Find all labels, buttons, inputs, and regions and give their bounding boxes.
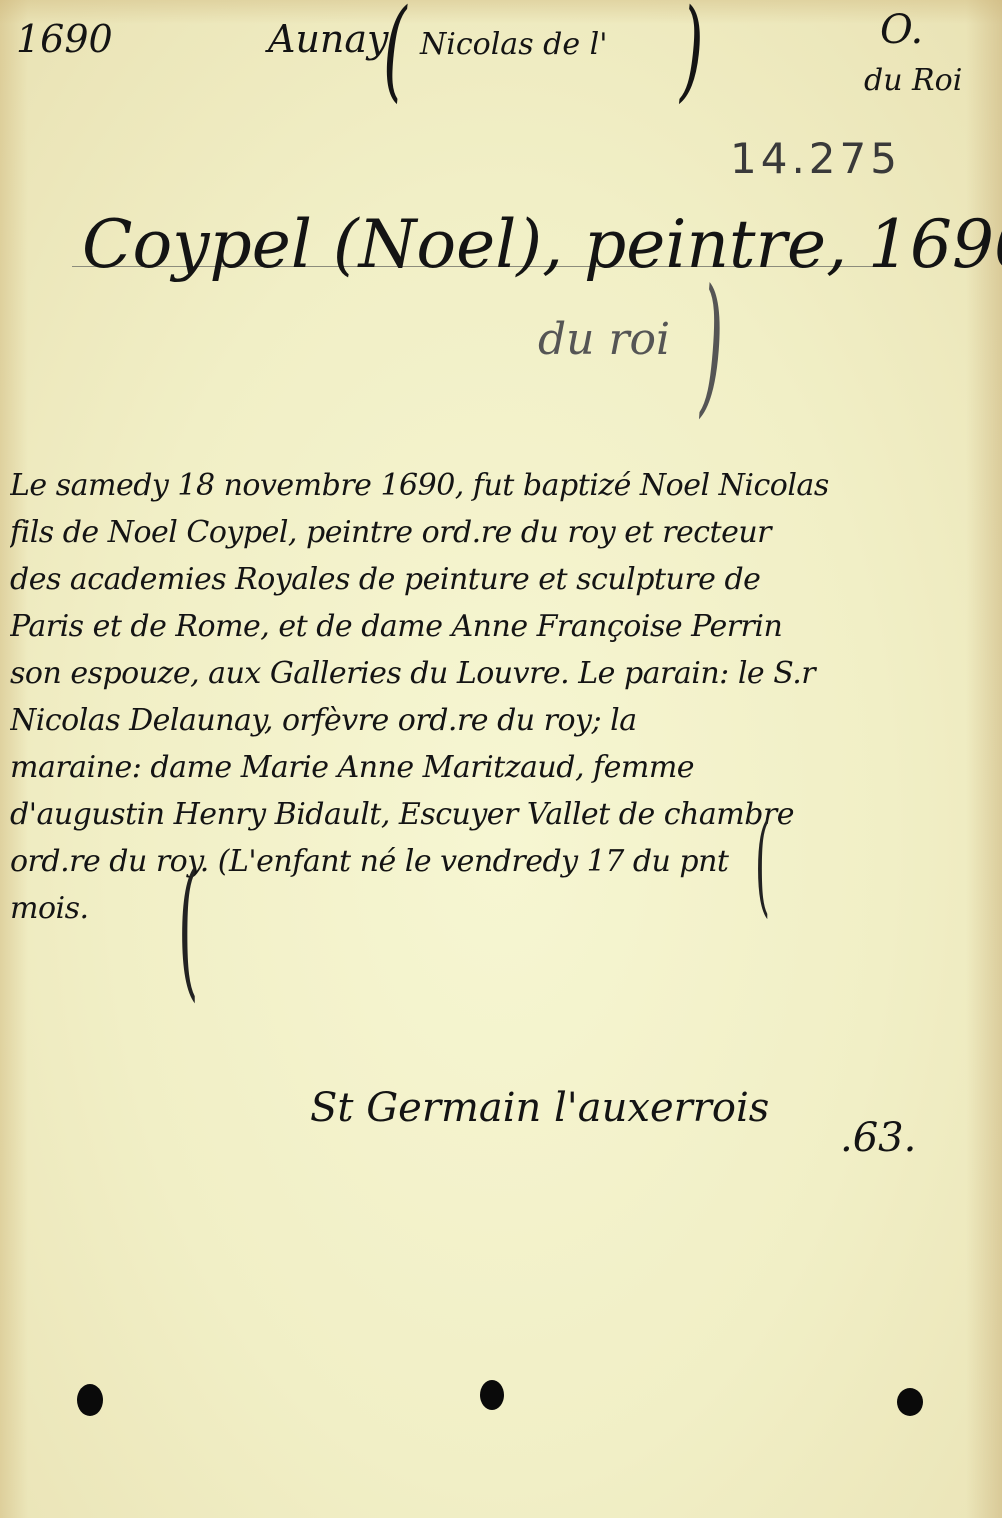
archival-card: 1690 Aunay ( Nicolas de l' ) O. du Roi 1…: [0, 0, 1002, 1518]
body-line: des academies Royales de peinture et scu…: [10, 556, 1000, 603]
paper-edge-top: [0, 0, 1002, 24]
body-line: Nicolas Delaunay, orfèvre ord.re du roy;…: [10, 697, 1000, 744]
corner-mark: O.: [880, 10, 923, 50]
folio-number: .63.: [840, 1118, 916, 1158]
body-line: mois.: [10, 885, 1000, 932]
pencil-brace: ): [700, 270, 723, 420]
body-line: fils de Noel Coypel, peintre ord.re du r…: [10, 509, 1000, 556]
punch-hole: [77, 1384, 103, 1416]
bracket-flourish: (: [755, 800, 770, 928]
punch-hole: [897, 1388, 923, 1416]
open-parenthesis: (: [383, 0, 407, 104]
punch-hole: [480, 1380, 504, 1410]
card-title: Coypel (Noel), peintre, 1690.: [82, 212, 1002, 278]
corner-note: du Roi: [864, 66, 962, 96]
body-line: maraine: dame Marie Anne Maritzaud, femm…: [10, 744, 1000, 791]
reference-number: 14.275: [730, 138, 901, 180]
body-line: d'augustin Henry Bidault, Escuyer Vallet…: [10, 791, 1000, 838]
header-name: Aunay: [268, 20, 389, 58]
body-line: ord.re du roy. (L'enfant né le vendredy …: [10, 838, 1000, 885]
header-year: 1690: [16, 20, 113, 58]
title-pencil-addition: du roi: [538, 318, 670, 362]
header-name-note: Nicolas de l': [420, 30, 607, 60]
body-line: son espouze, aux Galleries du Louvre. Le…: [10, 650, 1000, 697]
close-parenthesis: ): [680, 0, 704, 104]
parish-source: St Germain l'auxerrois: [310, 1088, 769, 1128]
body-line: Le samedy 18 novembre 1690, fut baptizé …: [10, 462, 1000, 509]
bracket-flourish: (: [178, 842, 198, 1016]
baptism-record-text: Le samedy 18 novembre 1690, fut baptizé …: [10, 462, 1000, 932]
body-line: Paris et de Rome, et de dame Anne Franço…: [10, 603, 1000, 650]
